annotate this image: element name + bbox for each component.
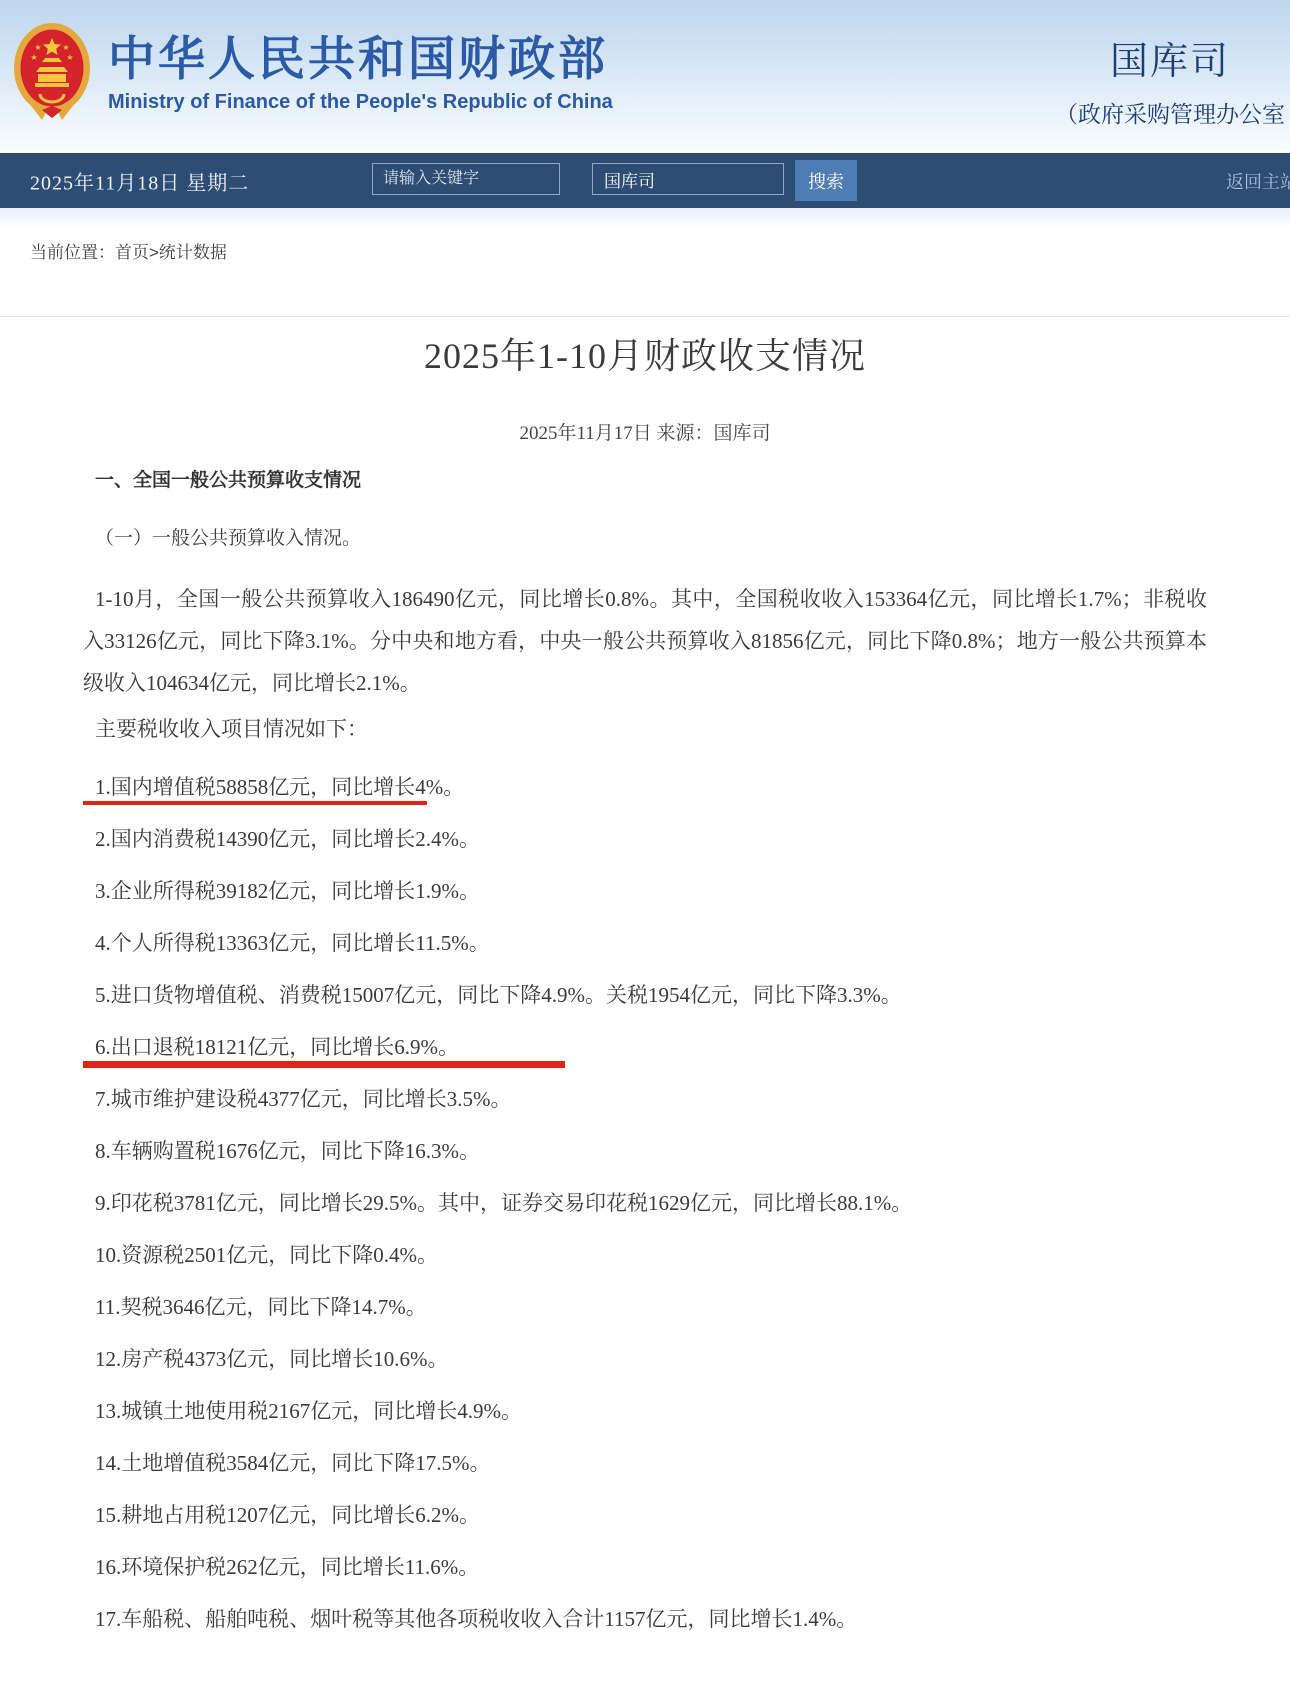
tax-item: 14.土地增值税3584亿元，同比下降17.5%。 <box>83 1451 1207 1475</box>
breadcrumb-bar: 当前位置：首页>统计数据 <box>0 208 1290 317</box>
tax-item-text: 12.房产税4373亿元，同比增长10.6%。 <box>95 1347 449 1371</box>
tax-item: 9.印花税3781亿元，同比增长29.5%。其中，证券交易印花税1629亿元，同… <box>83 1191 1207 1215</box>
search-scope-value: 国库司 <box>604 167 655 192</box>
intro-paragraph: 1-10月，全国一般公共预算收入186490亿元，同比增长0.8%。其中，全国税… <box>83 578 1207 704</box>
svg-text:★: ★ <box>30 53 37 62</box>
tax-item: 11.契税3646亿元，同比下降14.7%。 <box>83 1295 1207 1319</box>
article: 2025年1-10月财政收支情况 2025年11月17日 来源：国库司 一、全国… <box>0 317 1290 1631</box>
tax-item-text: 8.车辆购置税1676亿元，同比下降16.3%。 <box>95 1139 480 1163</box>
page: ★ ★ ★ ★ 中华人民共和国财政部 Ministry of Finance o… <box>0 0 1290 1708</box>
section-heading-1: 一、全国一般公共预算收支情况 <box>83 471 1207 491</box>
site-header: ★ ★ ★ ★ 中华人民共和国财政部 Ministry of Finance o… <box>0 0 1290 150</box>
tax-item-text: 2.国内消费税14390亿元，同比增长2.4%。 <box>95 827 480 851</box>
brand-text: 中华人民共和国财政部 Ministry of Finance of the Pe… <box>108 33 613 114</box>
breadcrumb-path-link[interactable]: 首页>统计数据 <box>115 243 227 262</box>
breadcrumb: 当前位置：首页>统计数据 <box>30 238 227 263</box>
subsection-heading-1-1: （一）一般公共预算收入情况。 <box>83 528 1207 549</box>
department-block: 国库司 （政府采购管理办公室 <box>1036 40 1290 129</box>
tax-item-text: 3.企业所得税39182亿元，同比增长1.9%。 <box>95 879 480 903</box>
tax-item: 4.个人所得税13363亿元，同比增长11.5%。 <box>83 931 1207 955</box>
search-scope-select[interactable]: 国库司 <box>592 163 784 195</box>
tax-items-list: 1.国内增值税58858亿元，同比增长4%。2.国内消费税14390亿元，同比增… <box>83 775 1207 1631</box>
site-logo: ★ ★ ★ ★ 中华人民共和国财政部 Ministry of Finance o… <box>12 22 613 124</box>
tax-item: 16.环境保护税262亿元，同比增长11.6%。 <box>83 1555 1207 1579</box>
tax-item-text: 14.土地增值税3584亿元，同比下降17.5%。 <box>95 1451 491 1475</box>
article-meta: 2025年11月17日 来源：国库司 <box>83 423 1207 445</box>
tax-item-text: 13.城镇土地使用税2167亿元，同比增长4.9%。 <box>95 1399 522 1423</box>
tax-item: 13.城镇土地使用税2167亿元，同比增长4.9%。 <box>83 1399 1207 1423</box>
site-title-cn: 中华人民共和国财政部 <box>108 33 613 85</box>
tax-item: 1.国内增值税58858亿元，同比增长4%。 <box>83 775 1207 805</box>
tax-item-text: 1.国内增值税58858亿元，同比增长4%。 <box>95 775 464 799</box>
tax-item-text: 5.进口货物增值税、消费税15007亿元，同比下降4.9%。关税1954亿元，同… <box>95 983 902 1007</box>
tax-items-lead: 主要税收收入项目情况如下： <box>83 719 1207 740</box>
tax-item-text: 10.资源税2501亿元，同比下降0.4%。 <box>95 1243 438 1267</box>
svg-text:★: ★ <box>66 53 73 62</box>
tax-item: 3.企业所得税39182亿元，同比增长1.9%。 <box>83 879 1207 903</box>
svg-text:★: ★ <box>62 43 69 52</box>
department-name: 国库司 <box>1036 40 1290 84</box>
tax-item: 6.出口退税18121亿元，同比增长6.9%。 <box>83 1035 1207 1068</box>
return-main-site-link[interactable]: 返回主站 <box>1226 168 1290 194</box>
tax-item: 12.房产税4373亿元，同比增长10.6%。 <box>83 1347 1207 1371</box>
tax-item: 2.国内消费税14390亿元，同比增长2.4%。 <box>83 827 1207 851</box>
tax-item: 10.资源税2501亿元，同比下降0.4%。 <box>83 1243 1207 1267</box>
top-navbar: 2025年11月18日 星期二 国库司 搜索 返回主站 <box>0 153 1290 208</box>
site-title-en: Ministry of Finance of the People's Repu… <box>108 91 613 114</box>
tax-item-text: 9.印花税3781亿元，同比增长29.5%。其中，证券交易印花税1629亿元，同… <box>95 1191 912 1215</box>
red-underline <box>83 1061 565 1068</box>
tax-item: 17.车船税、船舶吨税、烟叶税等其他各项税收收入合计1157亿元，同比增长1.4… <box>83 1607 1207 1631</box>
department-subtitle: （政府采购管理办公室 <box>1036 96 1290 129</box>
tax-item-text: 7.城市维护建设税4377亿元，同比增长3.5%。 <box>95 1087 512 1111</box>
tax-item: 15.耕地占用税1207亿元，同比增长6.2%。 <box>83 1503 1207 1527</box>
current-date: 2025年11月18日 星期二 <box>30 166 249 195</box>
tax-item-text: 17.车船税、船舶吨税、烟叶税等其他各项税收收入合计1157亿元，同比增长1.4… <box>95 1607 857 1631</box>
article-title: 2025年1-10月财政收支情况 <box>83 317 1207 377</box>
red-underline <box>83 801 427 805</box>
search-button[interactable]: 搜索 <box>795 160 857 201</box>
breadcrumb-label: 当前位置： <box>30 243 115 262</box>
tax-item-text: 4.个人所得税13363亿元，同比增长11.5%。 <box>95 931 490 955</box>
tax-item: 5.进口货物增值税、消费税15007亿元，同比下降4.9%。关税1954亿元，同… <box>83 983 1207 1007</box>
national-emblem-icon: ★ ★ ★ ★ <box>12 22 92 124</box>
tax-item-text: 15.耕地占用税1207亿元，同比增长6.2%。 <box>95 1503 480 1527</box>
svg-text:★: ★ <box>34 43 41 52</box>
tax-item: 7.城市维护建设税4377亿元，同比增长3.5%。 <box>83 1087 1207 1111</box>
tax-item-text: 16.环境保护税262亿元，同比增长11.6%。 <box>95 1555 479 1579</box>
tax-item-text: 11.契税3646亿元，同比下降14.7%。 <box>95 1295 427 1319</box>
tax-item-text: 6.出口退税18121亿元，同比增长6.9%。 <box>95 1035 459 1059</box>
tax-item: 8.车辆购置税1676亿元，同比下降16.3%。 <box>83 1139 1207 1163</box>
search-input[interactable] <box>372 163 560 195</box>
